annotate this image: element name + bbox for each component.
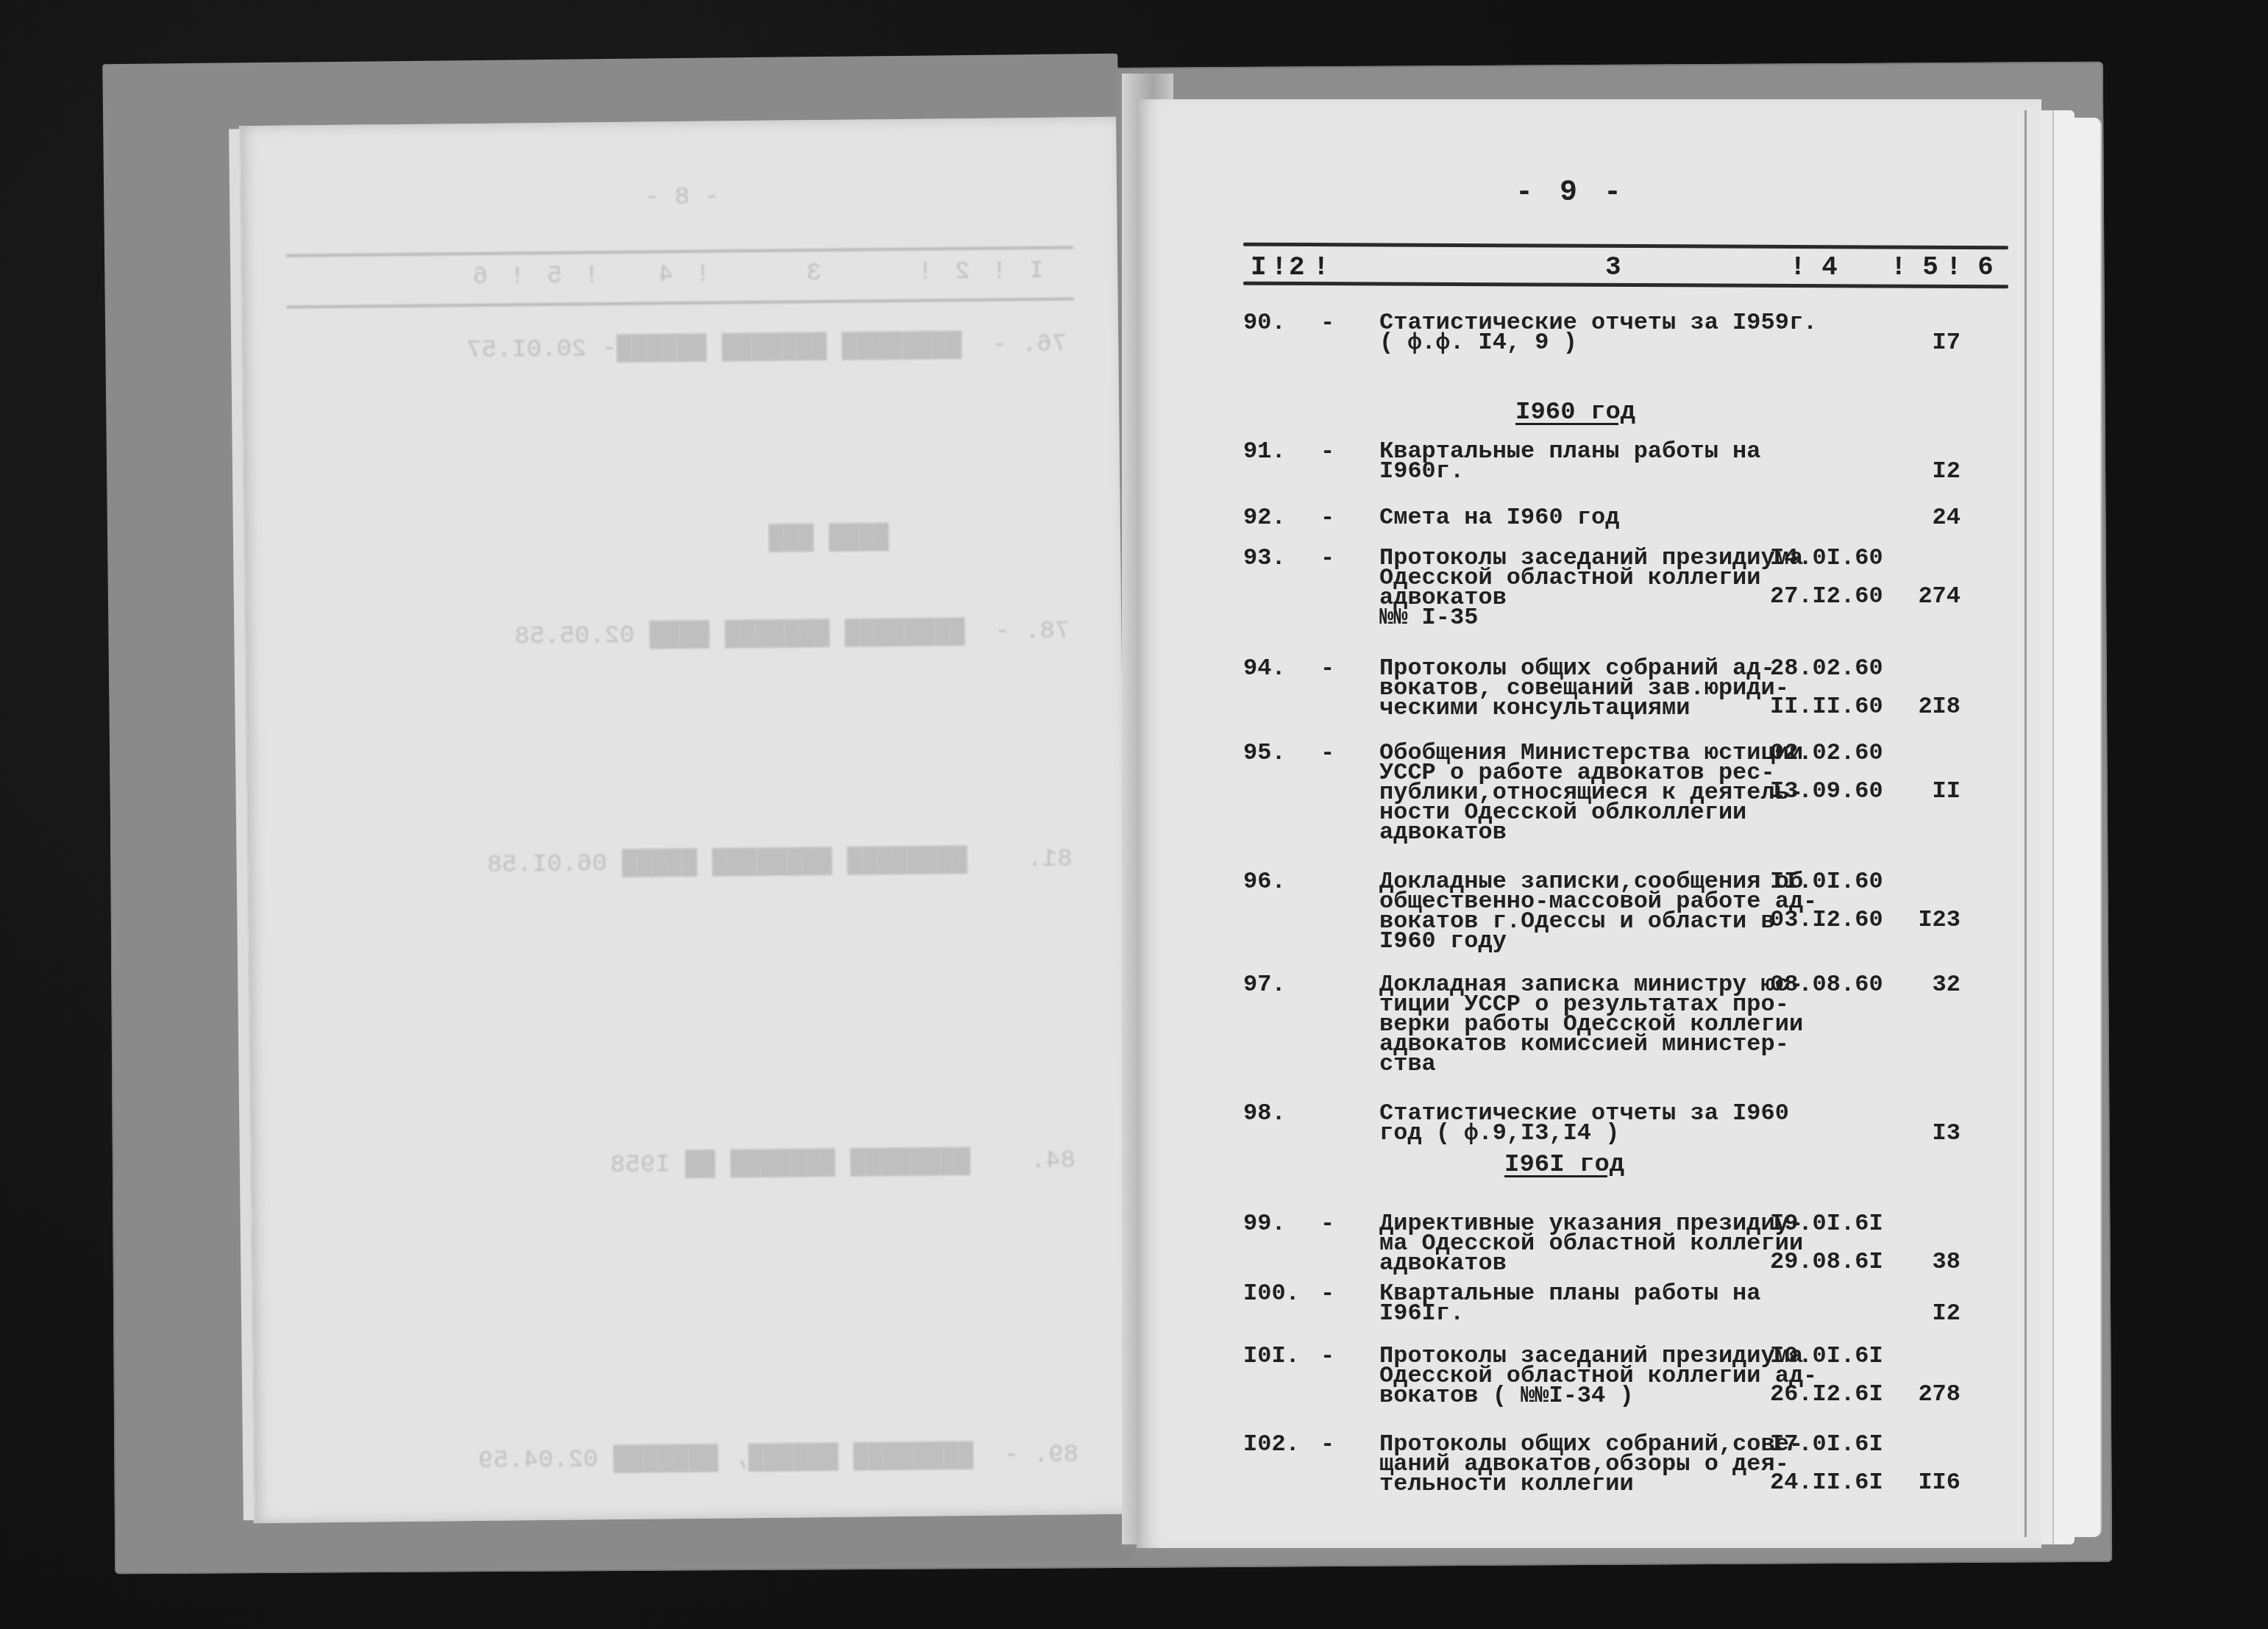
item-number: 92. [1243,507,1286,527]
col-header-1: I [1251,252,1267,282]
item-number: I02. [1243,1434,1300,1454]
item-dash: - [1320,313,1334,332]
left-page-reverse: - 8 - I!2! 3 !4 !5!6 76. - ████████ ████… [239,117,1131,1523]
item-description: Протоколы заседаний президиума Одесской … [1379,1346,1817,1405]
sheet-count: 24 [1880,507,1960,527]
item-number: 93. [1243,548,1286,568]
item-description: Статистические отчеты за I959г. ( ф.ф. I… [1379,313,1817,352]
date-end: 03.I2.60 [1770,910,1883,930]
item-description: Протоколы общих собраний,сове- щаний адв… [1379,1434,1803,1494]
sheet-count: I2 [1880,1303,1960,1323]
date-start: II.0I.60 [1770,871,1883,891]
sheet-count: I7 [1880,332,1960,352]
item-number: 90. [1243,313,1286,332]
item-number: 96. [1243,871,1286,891]
col-header-3: 3 [1605,252,1621,282]
show-through-text: - 8 - I!2! 3 !4 !5!6 76. - ████████ ████… [241,117,1131,1523]
col-header-5: ! 5 [1891,252,1938,282]
date-start: I4.0I.60 [1770,548,1883,568]
item-description: Обобщения Министерства юстиции УССР о ра… [1379,743,1803,842]
page-edge [2025,110,2027,1537]
date-start: I0.0I.6I [1770,1346,1883,1366]
item-number: 94. [1243,658,1286,678]
date-start: I9.0I.6I [1770,1213,1883,1233]
item-dash: - [1320,658,1334,678]
sheet-count: II6 [1880,1472,1960,1492]
col-separator: ! [1271,252,1287,282]
item-dash: - [1320,1346,1334,1366]
sheet-count: 38 [1880,1252,1960,1272]
sheet-count: II [1880,781,1960,801]
item-description: Протоколы заседаний президиума Одесской … [1379,548,1803,627]
sheet-count: I2 [1880,461,1960,481]
date-end: II.II.60 [1770,696,1883,716]
item-number: 98. [1243,1103,1286,1123]
item-dash: - [1320,441,1334,461]
sheet-count: 2I8 [1880,696,1960,716]
item-description: Квартальные планы работы на I960г. [1379,441,1760,481]
section-heading-1960: I960 год [1515,399,1635,427]
item-dash: - [1320,1213,1334,1233]
section-heading-1961: I96I год [1504,1151,1624,1179]
date-start: 02.02.60 [1770,743,1883,763]
table-column-headers: I ! 2 ! 3 ! 4 ! 5 ! 6 [1243,252,2008,282]
date-start: 28.02.60 [1770,658,1883,678]
item-description: Докладная записка министру юс- тиции УСС… [1379,974,1803,1074]
item-dash: - [1320,743,1334,763]
sheet-count: I23 [1880,910,1960,930]
item-dash: - [1320,507,1334,527]
item-number: 97. [1243,974,1286,994]
col-header-2: 2 [1289,252,1305,282]
item-description: Протоколы общих собраний ад- вокатов, со… [1379,658,1789,718]
sheet-count: 32 [1880,974,1960,994]
date-end: 24.II.6I [1770,1472,1883,1492]
item-number: 95. [1243,743,1286,763]
col-separator: ! [1313,252,1329,282]
item-number: 99. [1243,1213,1286,1233]
sheet-count: 274 [1880,586,1960,606]
page-number: - 9 - [1515,177,1626,210]
item-dash: - [1320,1434,1334,1454]
date-start: I7.0I.6I [1770,1434,1883,1454]
date-end: 29.08.6I [1770,1252,1883,1272]
table-rule-bottom [1243,282,2008,289]
inventory-page-9: - 9 - I ! 2 ! 3 ! 4 ! 5 ! 6 I960 год I96… [1243,0,2008,1544]
item-description: Статистические отчеты за I960 год ( ф.9,… [1379,1103,1789,1143]
item-number: I00. [1243,1283,1300,1303]
item-dash: - [1320,1283,1334,1303]
item-description: Квартальные планы работы на I96Iг. [1379,1283,1760,1323]
col-header-6: ! 6 [1946,252,1994,282]
item-description: Докладные записки,сообщения об обществен… [1379,871,1817,951]
table-rule-top [1243,243,2008,250]
item-description: Директивные указания президиу- ма Одесск… [1379,1213,1803,1273]
sheet-count: 278 [1880,1384,1960,1404]
sheet-count: I3 [1880,1123,1960,1143]
date-end: I3.09.60 [1770,781,1883,801]
item-dash: - [1320,548,1334,568]
item-description: Смета на I960 год [1379,507,1619,527]
item-number: I0I. [1243,1346,1300,1366]
date-start: 08.08.60 [1770,974,1883,994]
date-end: 27.I2.60 [1770,586,1883,606]
date-end: 26.I2.6I [1770,1384,1883,1404]
reverse-page-number: - 8 - [644,183,719,212]
item-number: 91. [1243,441,1286,461]
col-header-4: ! 4 [1790,252,1838,282]
